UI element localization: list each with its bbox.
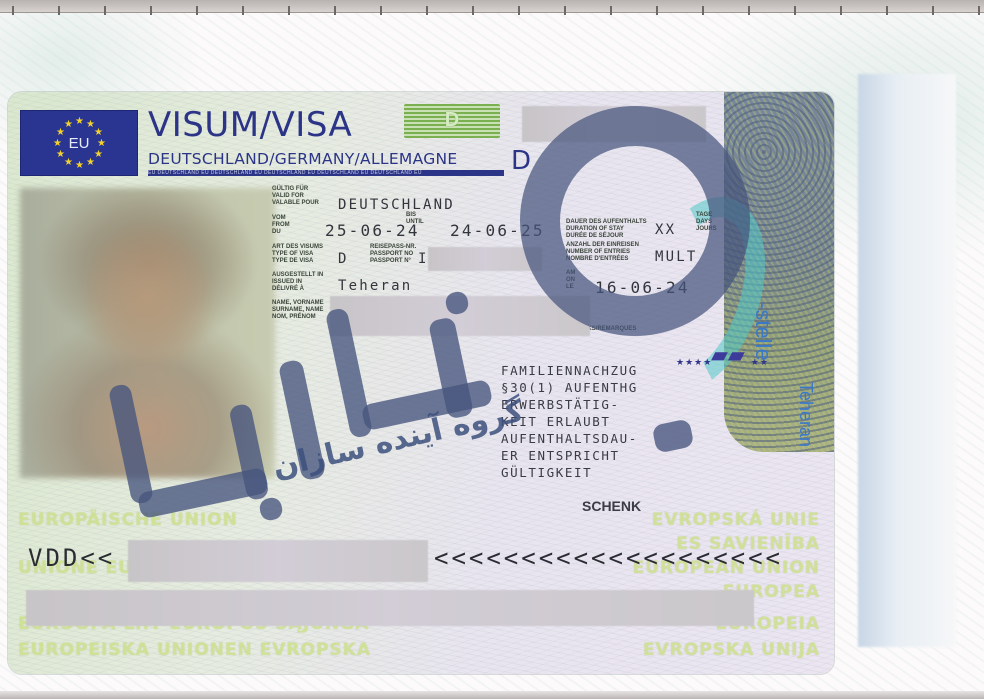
binding-stitch: [104, 6, 106, 15]
label-passport-no: REISEPASS-NR. PASSPORT No PASSPORT N°: [370, 244, 416, 265]
value-from: 25-06-24: [325, 221, 420, 240]
label-issued-in: AUSGESTELLT IN ISSUED IN DÉLIVRÉ À: [272, 272, 323, 293]
value-valid-for: DEUTSCHLAND: [338, 197, 455, 213]
eu-star-icon: ★: [64, 120, 73, 130]
eu-flag-label: EU: [21, 135, 137, 152]
label-valid-for: GÜLTIG FÜR VALID FOR VALABLE POUR: [272, 186, 319, 207]
value-type-of-visa: D: [338, 251, 349, 267]
binding-stitch: [886, 6, 888, 15]
binding-stitch: [794, 6, 796, 15]
binding-stitch: [840, 6, 842, 15]
binding-stitch: [58, 6, 60, 15]
redacted-mrz-line2: [26, 590, 754, 626]
binding-stitch: [426, 6, 428, 15]
binding-stitch: [702, 6, 704, 15]
mrz-line1-prefix: VDD<<: [28, 544, 115, 572]
eu-star-icon: ★: [64, 158, 73, 168]
bear-emblem-icon: ▰▰: [711, 342, 745, 368]
eu-star-icon: ★: [86, 158, 95, 168]
microprint-line: EU DEUTSCHLAND EU DEUTSCHLAND EU DEUTSCH…: [148, 170, 504, 176]
visa-category: D: [511, 146, 531, 176]
visa-title: VISUM/VISA: [148, 105, 352, 145]
eu-star-icon: ★: [94, 150, 103, 160]
stamp-text-vertical: -stelle: [750, 302, 776, 361]
label-name: NAME, VORNAME SURNAME, NAME NOM, PRÉNOM: [272, 300, 324, 321]
binding-stitch: [932, 6, 934, 15]
eu-star-icon: ★: [94, 128, 103, 138]
hologram-country-code: D: [404, 104, 500, 138]
eu-star-icon: ★: [75, 161, 84, 171]
binding-stitch: [288, 6, 290, 15]
binding-stitch: [380, 6, 382, 15]
page-binding: [0, 0, 984, 13]
eu-band-text: EVROPSKA UNIJA: [643, 640, 820, 660]
binding-stitch: [150, 6, 152, 15]
binding-stitch: [518, 6, 520, 15]
officer-signature: SCHENK: [582, 498, 641, 514]
visa-sticker: EU ★★★★★★★★★★★★ VISUM/VISA D DEUTSCHLAND…: [8, 92, 834, 674]
eu-band-text: EVROPSKÁ UNIE: [652, 510, 820, 530]
binding-stitch: [472, 6, 474, 15]
eu-star-icon: ★: [53, 139, 62, 149]
redacted-side-panel: [858, 74, 956, 647]
issuing-country: DEUTSCHLAND/GERMANY/ALLEMAGNE: [148, 150, 458, 168]
binding-stitch: [748, 6, 750, 15]
binding-stitch: [656, 6, 658, 15]
watermark-dot: [258, 496, 284, 522]
eu-band-text: EUROPÄISCHE UNION: [18, 510, 238, 530]
hologram-letter: D: [404, 109, 500, 132]
passport-page: EU ★★★★★★★★★★★★ VISUM/VISA D DEUTSCHLAND…: [0, 0, 984, 699]
watermark-logo-ring: [520, 106, 750, 336]
label-type-of-visa: ART DES VISUMS TYPE OF VISA TYPE DE VISA: [272, 244, 323, 265]
mrz-line1-filler: <<<<<<<<<<<<<<<<<<<<: [434, 544, 783, 572]
eu-flag-icon: EU ★★★★★★★★★★★★: [20, 110, 138, 176]
watermark-dot: [652, 418, 695, 453]
eu-star-icon: ★: [75, 117, 84, 127]
eu-band-text: EUROPEISKA UNIONEN EVROPSKA: [18, 640, 371, 660]
binding-stitch: [334, 6, 336, 15]
binding-stitch: [242, 6, 244, 15]
value-issued-in: Teheran: [338, 278, 412, 294]
redacted-mrz-line1: [128, 540, 428, 582]
binding-stitch: [12, 6, 14, 15]
label-from: VOM FROM DU: [272, 215, 290, 236]
page-bottom-edge: [0, 691, 984, 699]
eu-star-icon: ★: [97, 139, 106, 149]
binding-stitch: [564, 6, 566, 15]
binding-stitch: [196, 6, 198, 15]
binding-stitch: [610, 6, 612, 15]
stamp-city-vertical: Teheran: [795, 382, 816, 447]
eu-star-icon: ★: [56, 150, 65, 160]
binding-stitch: [978, 6, 980, 15]
